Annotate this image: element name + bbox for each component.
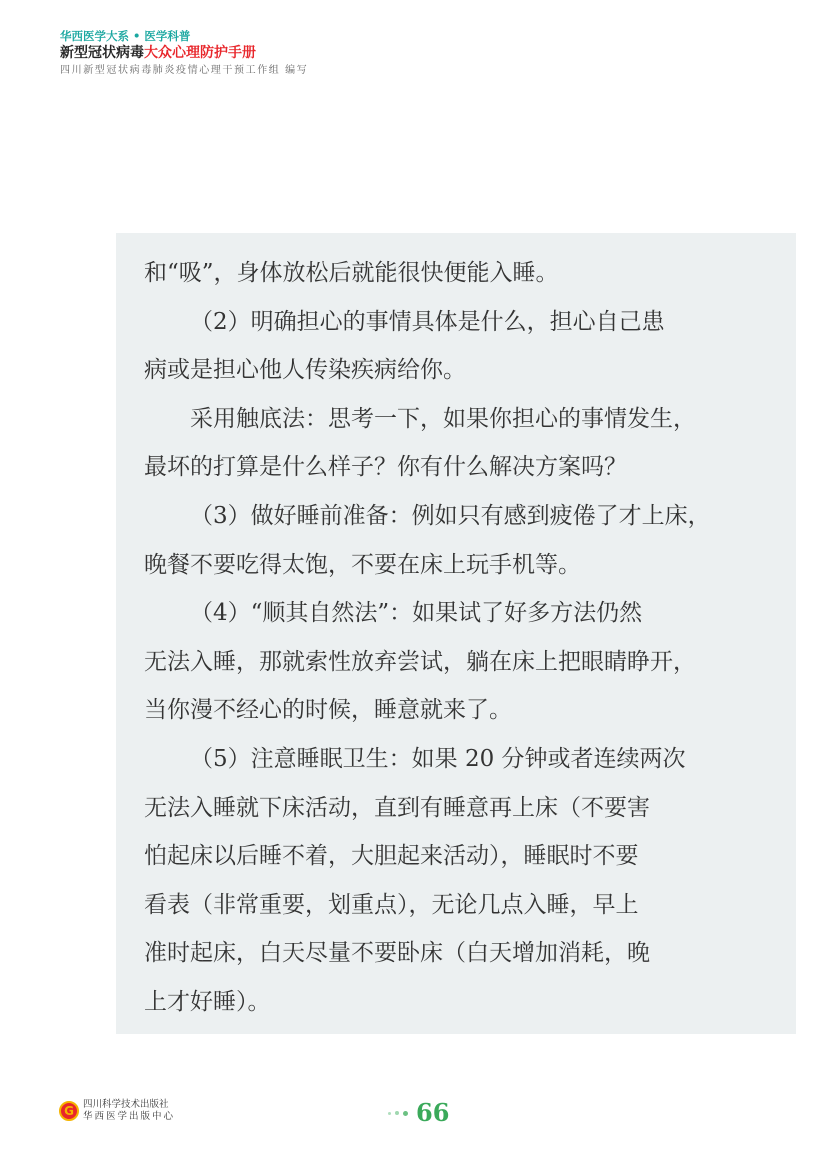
text-line: 当你漫不经心的时候，睡意就来了。 (144, 686, 774, 735)
text-line: 无法入睡就下床活动，直到有睡意再上床（不要害 (144, 784, 774, 833)
book-title-red: 大众心理防护手册 (144, 45, 256, 61)
text-line: 采用触底法：思考一下，如果你担心的事情发生， (144, 395, 774, 444)
text-line: （3）做好睡前准备：例如只有感到疲倦了才上床， (144, 492, 774, 541)
author-credit: 四川新型冠状病毒肺炎疫情心理干预工作组 编写 (60, 64, 308, 78)
publisher-names: 四川科学技术出版社 华西医学出版中心 (83, 1099, 175, 1123)
publisher-logo-icon: G (59, 1101, 79, 1121)
publisher-name-1: 四川科学技术出版社 (83, 1099, 175, 1111)
text-line: 病或是担心他人传染疾病给你。 (144, 346, 774, 395)
book-title: 新型冠状病毒大众心理防护手册 (60, 44, 308, 63)
page-number-block: 66 (388, 1098, 449, 1128)
text-line: （2）明确担心的事情具体是什么，担心自己患 (144, 298, 774, 347)
decorative-dot-icon (388, 1112, 391, 1115)
text-line: 最坏的打算是什么样子？你有什么解决方案吗？ (144, 443, 774, 492)
text-line: （4）“顺其自然法”：如果试了好多方法仍然 (144, 589, 774, 638)
body-text: 和“吸”，身体放松后就能很快便能入睡。 （2）明确担心的事情具体是什么，担心自己… (144, 249, 774, 1027)
text-line: 和“吸”，身体放松后就能很快便能入睡。 (144, 249, 774, 298)
page-number: 66 (416, 1098, 449, 1128)
publisher-block: G 四川科学技术出版社 华西医学出版中心 (59, 1099, 175, 1123)
text-line: （5）注意睡眠卫生：如果 20 分钟或者连续两次 (144, 735, 774, 784)
book-title-black: 新型冠状病毒 (60, 45, 144, 61)
text-line: 无法入睡，那就索性放弃尝试，躺在床上把眼睛睁开， (144, 638, 774, 687)
series-name: 华西医学大系 • 医学科普 (60, 28, 308, 44)
content-box: 和“吸”，身体放松后就能很快便能入睡。 （2）明确担心的事情具体是什么，担心自己… (116, 233, 796, 1034)
decorative-dot-icon (395, 1111, 399, 1115)
page-header: 华西医学大系 • 医学科普 新型冠状病毒大众心理防护手册 四川新型冠状病毒肺炎疫… (60, 28, 308, 78)
text-line: 怕起床以后睡不着，大胆起来活动），睡眠时不要 (144, 832, 774, 881)
text-line: 看表（非常重要，划重点），无论几点入睡，早上 (144, 881, 774, 930)
decorative-dot-icon (403, 1111, 408, 1116)
publisher-name-2: 华西医学出版中心 (83, 1111, 175, 1123)
text-line: 上才好睡）。 (144, 978, 774, 1027)
text-line: 晚餐不要吃得太饱，不要在床上玩手机等。 (144, 541, 774, 590)
text-line: 准时起床，白天尽量不要卧床（白天增加消耗，晚 (144, 929, 774, 978)
